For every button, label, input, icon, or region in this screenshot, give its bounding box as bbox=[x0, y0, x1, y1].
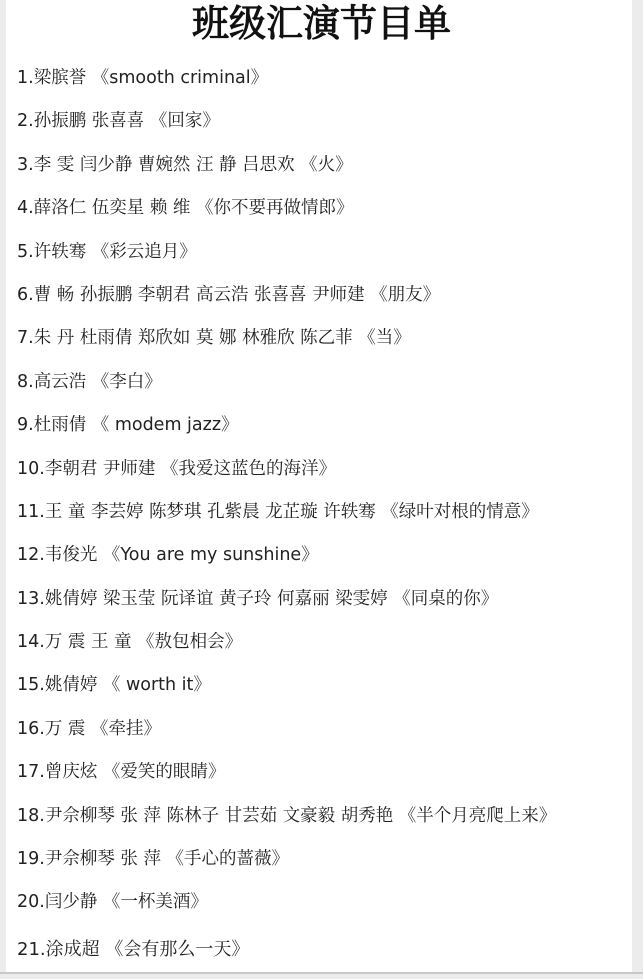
program-item: 18.尹佘柳琴 张 萍 陈林子 甘芸茹 文豪毅 胡秀艳 《半个月亮爬上来》 bbox=[17, 802, 556, 845]
program-item: 16.万 震 《牵挂》 bbox=[17, 715, 556, 758]
program-item: 15.姚倩婷 《 worth it》 bbox=[17, 671, 556, 714]
program-item: 4.薛洛仁 伍奕星 赖 维 《你不要再做情郎》 bbox=[17, 194, 556, 237]
program-item: 11.王 童 李芸婷 陈梦琪 孔紫晨 龙芷璇 许轶骞 《绿叶对根的情意》 bbox=[17, 498, 556, 541]
program-item: 2.孙振鹏 张喜喜 《回家》 bbox=[17, 107, 556, 150]
program-item: 10.李朝君 尹师建 《我爱这蓝色的海洋》 bbox=[17, 455, 556, 498]
program-item: 13.姚倩婷 梁玉莹 阮译谊 黄子玲 何嘉丽 梁雯婷 《同桌的你》 bbox=[17, 585, 556, 628]
program-item: 5.许轶骞 《彩云追月》 bbox=[17, 238, 556, 281]
program-item: 6.曹 畅 孙振鹏 李朝君 高云浩 张喜喜 尹师建 《朋友》 bbox=[17, 281, 556, 324]
program-item: 1.梁膑誉 《smooth criminal》 bbox=[17, 64, 556, 107]
page-title: 班级汇演节目单 bbox=[0, 0, 643, 46]
program-item: 7.朱 丹 杜雨倩 郑欣如 莫 娜 林雅欣 陈乙菲 《当》 bbox=[17, 324, 556, 367]
program-item: 9.杜雨倩 《 modem jazz》 bbox=[17, 411, 556, 454]
program-item: 12.韦俊光 《You are my sunshine》 bbox=[17, 541, 556, 584]
program-item: 19.尹佘柳琴 张 萍 《手心的蔷薇》 bbox=[17, 845, 556, 888]
program-list: 1.梁膑誉 《smooth criminal》 2.孙振鹏 张喜喜 《回家》 3… bbox=[17, 64, 556, 979]
program-item: 3.李 雯 闫少静 曹婉然 汪 静 吕思欢 《火》 bbox=[17, 151, 556, 194]
program-item: 8.高云浩 《李白》 bbox=[17, 368, 556, 411]
program-item: 17.曾庆炫 《爱笑的眼睛》 bbox=[17, 758, 556, 801]
program-item: 14.万 震 王 童 《敖包相会》 bbox=[17, 628, 556, 671]
program-item: 20.闫少静 《一杯美酒》 bbox=[17, 888, 556, 931]
program-item: 21.涂成超 《会有那么一天》 bbox=[17, 936, 556, 979]
